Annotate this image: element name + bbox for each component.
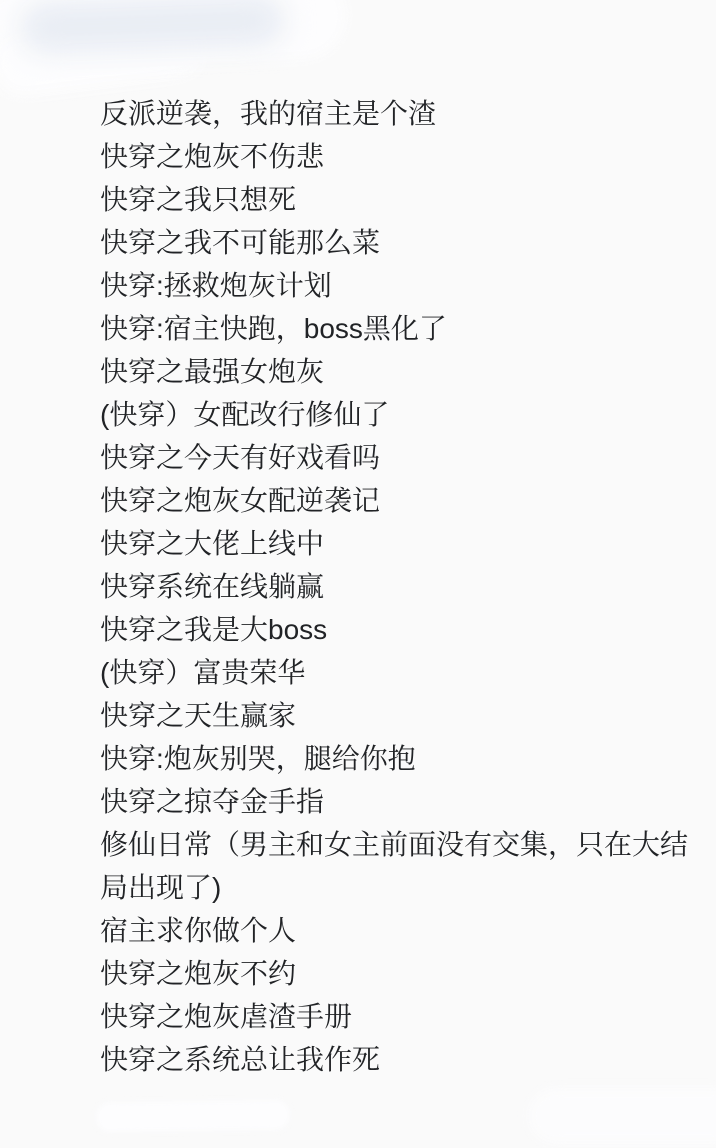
novel-title: 快穿之我只想死 [100,178,702,221]
redaction-smudge-bottom-right [528,1088,716,1144]
novel-title: 快穿之掠夺金手指 [100,780,702,823]
novel-title: (快穿）富贵荣华 [100,651,702,694]
novel-title: 快穿之我不可能那么菜 [100,221,702,264]
novel-title: 快穿之今天有好戏看吗 [100,436,702,479]
novel-title: 宿主求你做个人 [100,909,702,952]
novel-title: 快穿:拯救炮灰计划 [100,264,702,307]
novel-title: 快穿之炮灰虐渣手册 [100,995,702,1038]
novel-title: 修仙日常（男主和女主前面没有交集，只在大结局出现了) [100,823,702,909]
smudge-lobe [0,15,207,98]
novel-title: 快穿之我是大boss [100,608,702,651]
novel-title: (快穿）女配改行修仙了 [100,393,702,436]
novel-title: 快穿:炮灰别哭，腿给你抱 [100,737,702,780]
smudge-tint [19,0,286,55]
smudge-lobe [0,0,348,75]
novel-title: 快穿:宿主快跑，boss黑化了 [100,307,702,350]
redaction-smudge-bottom-left [95,1099,291,1134]
redaction-smudge-top [0,0,372,101]
novel-title-list: 反派逆袭，我的宿主是个渣快穿之炮灰不伤悲快穿之我只想死快穿之我不可能那么菜快穿:… [100,92,702,1081]
novel-title: 快穿之最强女炮灰 [100,350,702,393]
novel-title: 快穿之炮灰不约 [100,952,702,995]
screenshot-root: 反派逆袭，我的宿主是个渣快穿之炮灰不伤悲快穿之我只想死快穿之我不可能那么菜快穿:… [0,0,716,1148]
novel-title: 快穿之系统总让我作死 [100,1038,702,1081]
novel-title: 快穿之炮灰女配逆袭记 [100,479,702,522]
novel-title: 快穿之大佬上线中 [100,522,702,565]
novel-title: 快穿之天生赢家 [100,694,702,737]
novel-title: 快穿之炮灰不伤悲 [100,135,702,178]
novel-title: 快穿系统在线躺赢 [100,565,702,608]
novel-title: 反派逆袭，我的宿主是个渣 [100,92,702,135]
